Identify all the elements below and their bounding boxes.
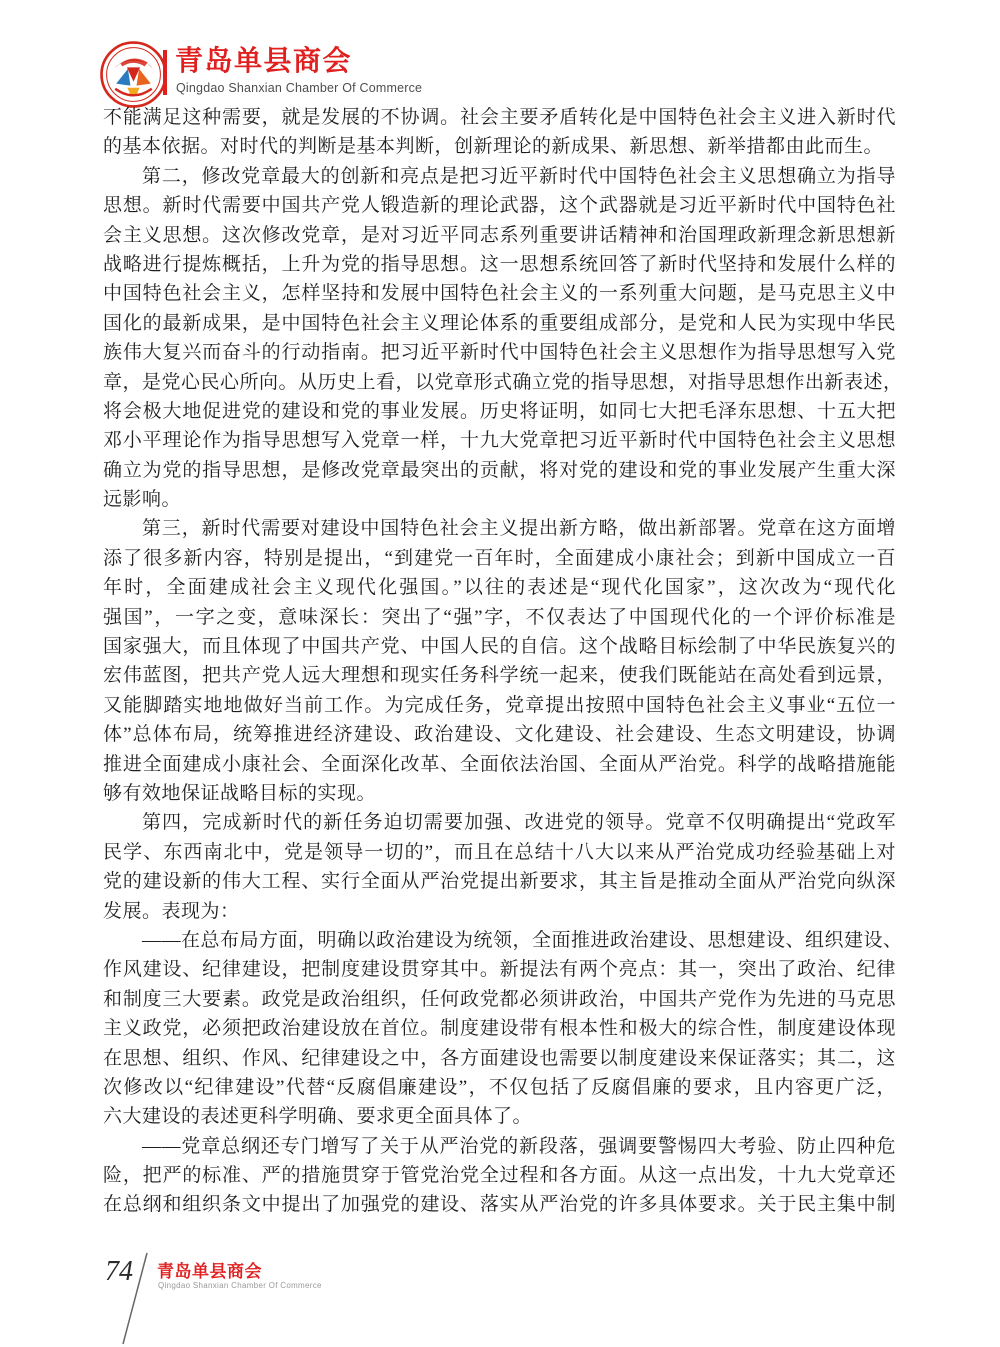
body-line: 第二，修改党章最大的创新和亮点是把习近平新时代中国特色社会主义思想确立为指导 <box>103 162 896 191</box>
body-line: 第三，新时代需要对建设中国特色社会主义提出新方略，做出新部署。党章在这方面增 <box>103 514 896 543</box>
document-page: 青岛单县商会 Qingdao Shanxian Chamber Of Comme… <box>0 0 1000 1347</box>
body-line: 强国”，一字之变，意味深长：突出了“强”字，不仅表达了中国现代化的一个评价标准是 <box>103 603 896 632</box>
body-line: 险，把严的标准、严的措施贯穿于管党治党全过程和各方面。从这一点出发，十九大党章还 <box>103 1161 896 1190</box>
body-line: 又能脚踏实地地做好当前工作。为完成任务，党章提出按照中国特色社会主义事业“五位一 <box>103 691 896 720</box>
body-line: 将会极大地促进党的建设和党的事业发展。历史将证明，如同七大把毛泽东思想、十五大把 <box>103 397 896 426</box>
body-line: 不能满足这种需要，就是发展的不协调。社会主要矛盾转化是中国特色社会主义进入新时代 <box>103 103 896 132</box>
body-line: 发展。表现为： <box>103 897 896 926</box>
body-line: 邓小平理论作为指导思想写入党章一样，十九大党章把习近平新时代中国特色社会主义思想 <box>103 426 896 455</box>
body-line: 年时，全面建成社会主义现代化强国。”以往的表述是“现代化国家”，这次改为“现代化 <box>103 573 896 602</box>
body-line: ——在总布局方面，明确以政治建设为统领，全面推进政治建设、思想建设、组织建设、 <box>103 926 896 955</box>
body-line: 主义政党，必须把政治建设放在首位。制度建设带有根本性和极大的综合性，制度建设体现 <box>103 1014 896 1043</box>
body-line: 的基本依据。对时代的判断是基本判断，创新理论的新成果、新思想、新举措都由此而生。 <box>103 132 896 161</box>
body-line: 体”总体布局，统筹推进经济建设、政治建设、文化建设、社会建设、生态文明建设，协调 <box>103 720 896 749</box>
body-line: 章，是党心民心所向。从历史上看，以党章形式确立党的指导思想，对指导思想作出新表述… <box>103 368 896 397</box>
body-line: 次修改以“纪律建设”代替“反腐倡廉建设”，不仅包括了反腐倡廉的要求，且内容更广泛… <box>103 1073 896 1102</box>
body-line: 会主义思想。这次修改党章，是对习近平同志系列重要讲话精神和治国理政新理念新思想新 <box>103 221 896 250</box>
page-footer: 74 青岛单县商会 Qingdao Shanxian Chamber Of Co… <box>0 1240 1000 1347</box>
body-line: 在总纲和组织条文中提出了加强党的建设、落实从严治党的许多具体要求。关于民主集中制 <box>103 1190 896 1219</box>
footer-org-name-english: Qingdao Shanxian Chamber Of Commerce <box>158 1281 322 1290</box>
body-line: 作风建设、纪律建设，把制度建设贯穿其中。新提法有两个亮点：其一，突出了政治、纪律 <box>103 955 896 984</box>
header-org-name: 青岛单县商会 <box>175 46 352 76</box>
body-line: 远影响。 <box>103 485 896 514</box>
body-line: 民学、东西南北中，党是领导一切的”，而且在总结十八大以来从严治党成功经验基础上对 <box>103 838 896 867</box>
body-line: 添了很多新内容，特别是提出，“到建党一百年时，全面建成小康社会；到新中国成立一百 <box>103 544 896 573</box>
page-header: 青岛单县商会 Qingdao Shanxian Chamber Of Comme… <box>0 0 1000 110</box>
body-line: 战略进行提炼概括，上升为党的指导思想。这一思想系统回答了新时代坚持和发展什么样的 <box>103 250 896 279</box>
body-line: 国化的最新成果，是中国特色社会主义理论体系的重要组成部分，是党和人民为实现中华民 <box>103 309 896 338</box>
body-line: 国家强大，而且体现了中国共产党、中国人民的自信。这个战略目标绘制了中华民族复兴的 <box>103 632 896 661</box>
header-divider-bar <box>163 50 167 95</box>
body-line: ——党章总纲还专门增写了关于从严治党的新段落，强调要警惕四大考验、防止四种危 <box>103 1132 896 1161</box>
header-org-name-english: Qingdao Shanxian Chamber Of Commerce <box>176 81 422 95</box>
document-body: 不能满足这种需要，就是发展的不协调。社会主要矛盾转化是中国特色社会主义进入新时代… <box>103 103 896 1220</box>
body-line: 六大建设的表述更科学明确、要求更全面具体了。 <box>103 1102 896 1131</box>
body-line: 在思想、组织、作风、纪律建设之中，各方面建设也需要以制度建设来保证落实；其二，这 <box>103 1044 896 1073</box>
body-line: 宏伟蓝图，把共产党人远大理想和现实任务科学统一起来，使我们既能站在高处看到远景， <box>103 661 896 690</box>
body-line: 推进全面建成小康社会、全面深化改革、全面依法治国、全面从严治党。科学的战略措施能 <box>103 750 896 779</box>
chamber-emblem-icon <box>100 41 167 108</box>
body-line: 族伟大复兴而奋斗的行动指南。把习近平新时代中国特色社会主义思想作为指导思想写入党 <box>103 338 896 367</box>
body-line: 中国特色社会主义，怎样坚持和发展中国特色社会主义的一系列重大问题，是马克思主义中 <box>103 279 896 308</box>
body-line: 够有效地保证战略目标的实现。 <box>103 779 896 808</box>
body-line: 第四，完成新时代的新任务迫切需要加强、改进党的领导。党章不仅明确提出“党政军 <box>103 808 896 837</box>
body-line: 确立为党的指导思想，是修改党章最突出的贡献，将对党的建设和党的事业发展产生重大深 <box>103 456 896 485</box>
footer-slash-line <box>116 1250 154 1347</box>
body-line: 思想。新时代需要中国共产党人锻造新的理论武器，这个武器就是习近平新时代中国特色社 <box>103 191 896 220</box>
footer-org-name: 青岛单县商会 <box>157 1257 262 1282</box>
body-line: 党的建设新的伟大工程、实行全面从严治党提出新要求，其主旨是推动全面从严治党向纵深 <box>103 867 896 896</box>
body-line: 和制度三大要素。政党是政治组织，任何政党都必须讲政治，中国共产党作为先进的马克思 <box>103 985 896 1014</box>
